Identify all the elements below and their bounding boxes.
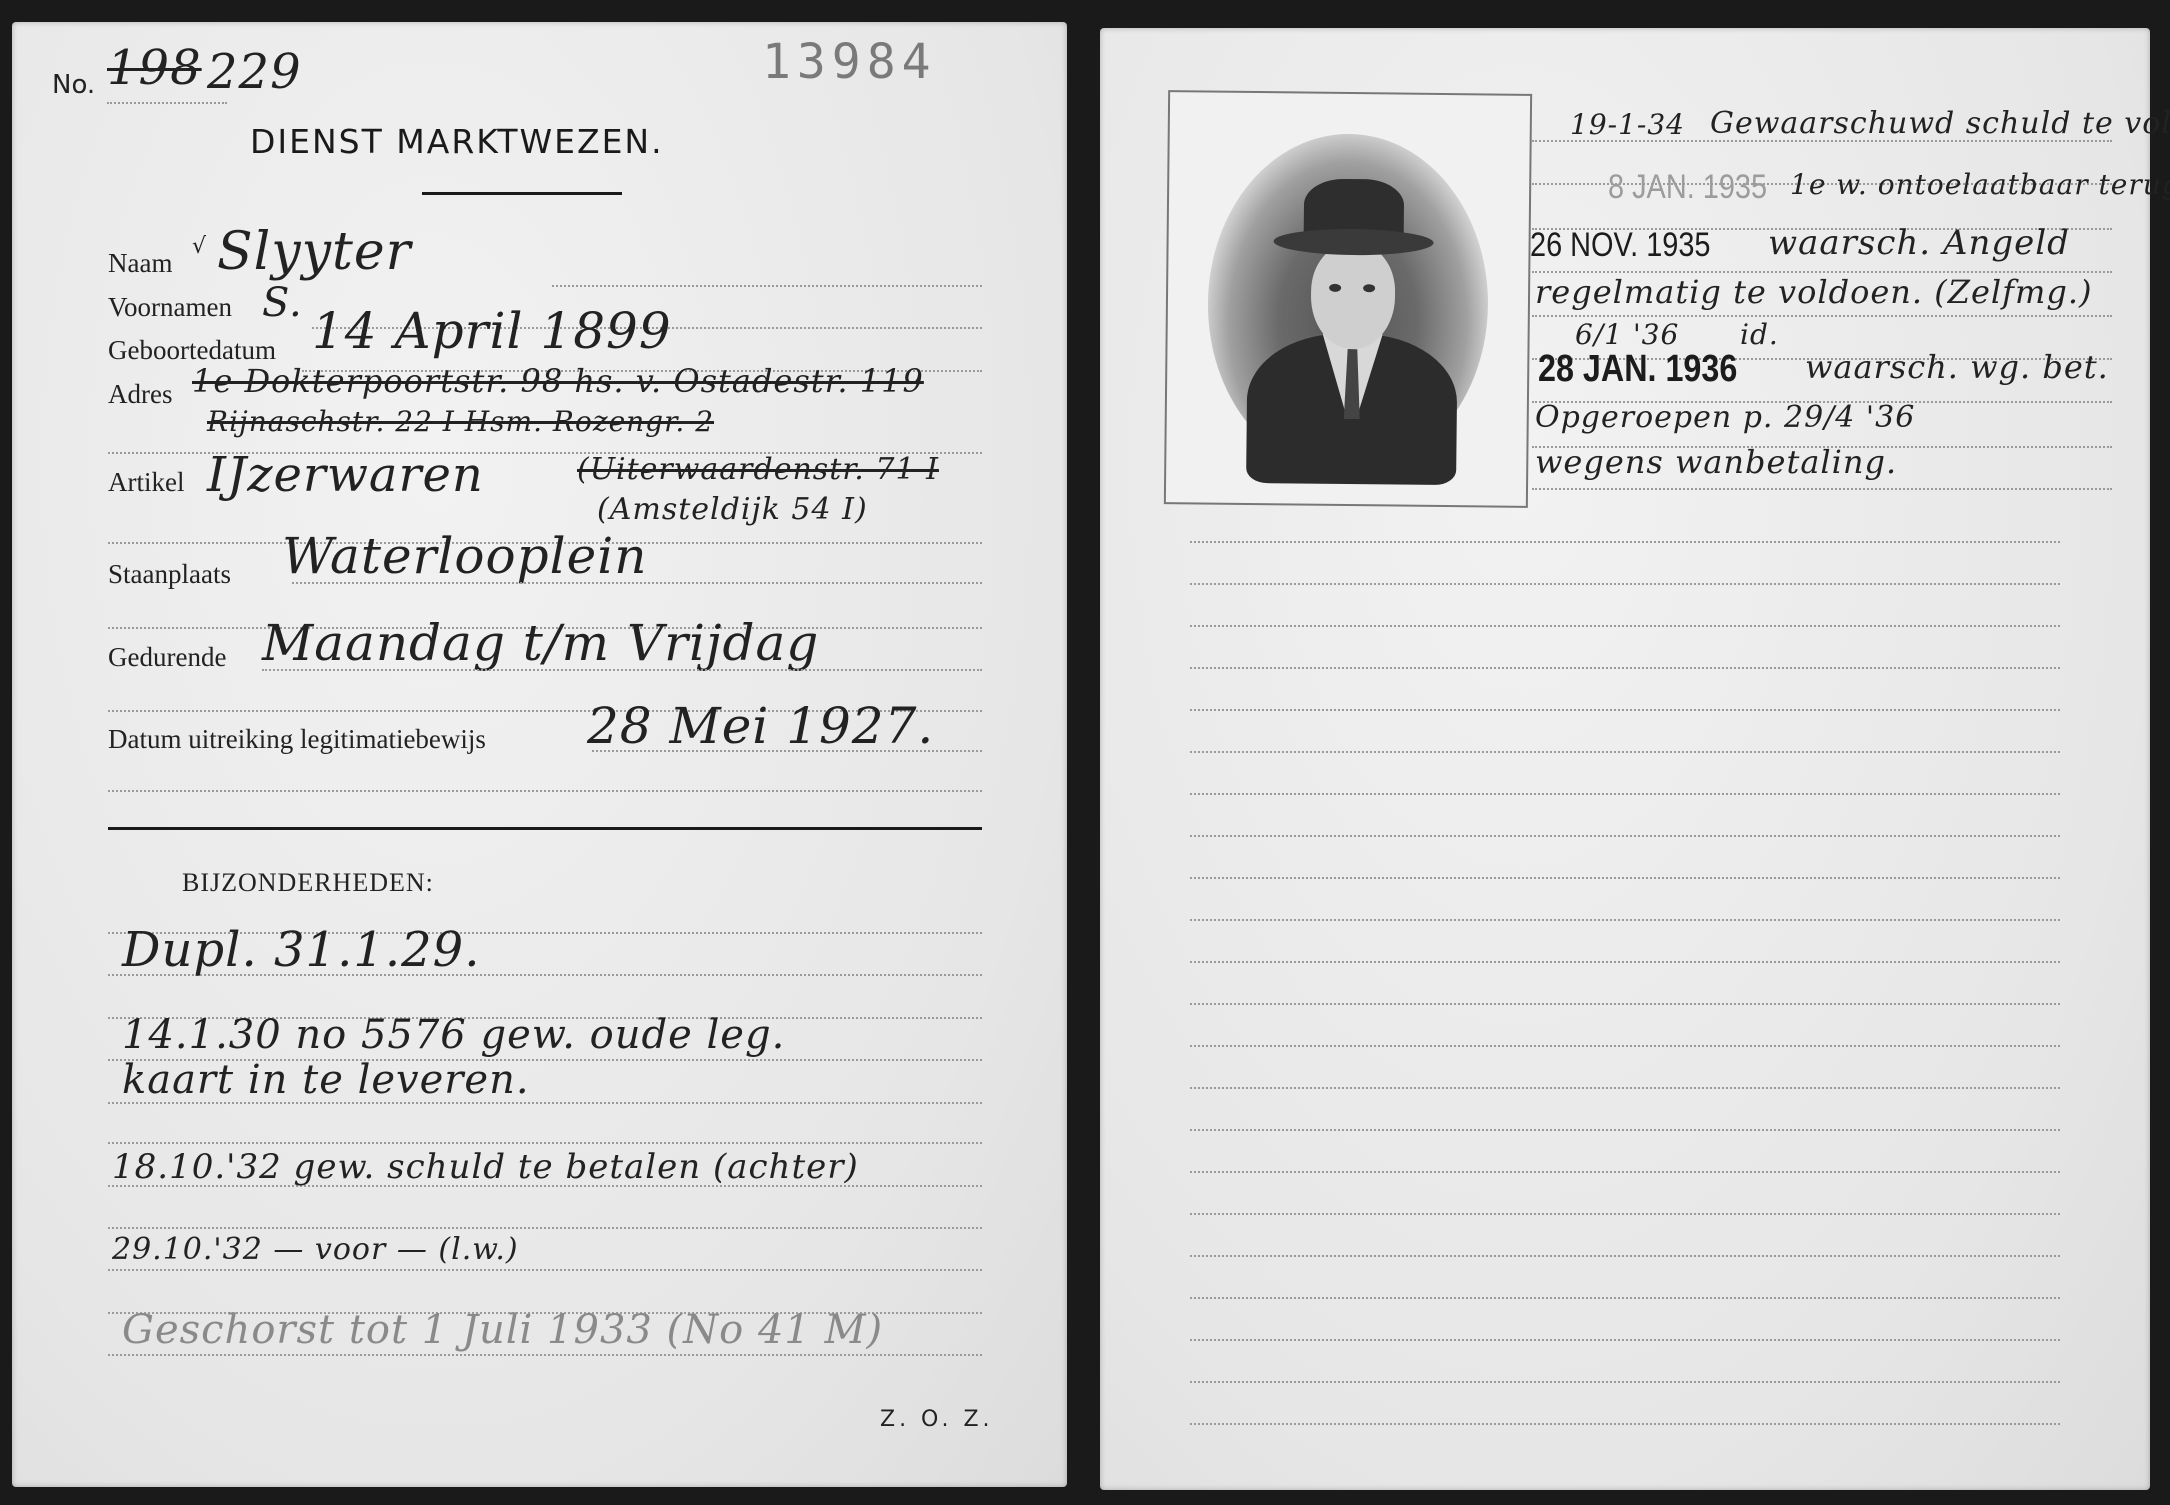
entry-stamp-date: 8 JAN. 1935 xyxy=(1608,168,1767,207)
field-value-adres-struck-1: 1e Dokterpoortstr. 98 hs. v. Ostadestr. … xyxy=(192,362,924,400)
market-registration-card-front: No. 198 229 13984 DIENST MARKTWEZEN. Naa… xyxy=(12,22,1067,1487)
field-label-gedurende: Gedurende xyxy=(108,642,226,673)
entry-text: wegens wanbetaling. xyxy=(1535,443,1897,481)
zoz-footer: Z. O. Z. xyxy=(880,1407,994,1432)
field-value-artikel: IJzerwaren xyxy=(207,447,484,503)
entry-text: 1e w. ontoelaatbaar terug. xyxy=(1790,168,2170,201)
eye xyxy=(1329,284,1341,292)
section-rule xyxy=(108,827,982,830)
bijzonderheden-heading: BIJZONDERHEDEN: xyxy=(182,868,434,898)
notes-line xyxy=(108,1354,982,1356)
field-value-voornamen: S. xyxy=(262,280,303,326)
entry-text: waarsch. Angeld xyxy=(1768,223,2070,263)
field-value-datum-uitreiking: 28 Mei 1927. xyxy=(587,697,934,755)
number-value-struck: 198 xyxy=(107,40,202,96)
field-label-artikel: Artikel xyxy=(108,467,184,498)
field-line xyxy=(552,285,982,287)
market-registration-card-back: 19-1-34 Gewaarschuwd schuld te voldoen 8… xyxy=(1100,28,2150,1490)
field-line xyxy=(262,669,982,671)
field-line xyxy=(592,750,982,752)
notes-line xyxy=(108,1142,982,1144)
field-line xyxy=(292,582,982,584)
note-entry: Dupl. 31.1.29. xyxy=(122,922,480,978)
number-label: No. xyxy=(52,70,95,100)
entry-line xyxy=(1532,488,2112,490)
field-line xyxy=(108,790,982,792)
entry-text: Opgeroepen p. 29/4 '36 xyxy=(1535,400,1915,435)
note-entry: 29.10.'32 — voor — (l.w.) xyxy=(112,1232,519,1267)
notes-line xyxy=(108,1227,982,1229)
entry-text: waarsch. wg. bet. xyxy=(1805,348,2109,386)
portrait-photo xyxy=(1164,90,1532,508)
entry-stamp-date: 26 NOV. 1935 xyxy=(1530,226,1711,265)
field-label-adres: Adres xyxy=(108,379,172,410)
entry-text: id. xyxy=(1740,318,1779,351)
field-label-voornamen: Voornamen xyxy=(108,292,232,323)
eye xyxy=(1363,284,1375,292)
field-value-geboortedatum: 14 April 1899 xyxy=(312,302,672,360)
note-entry-suspension: Geschorst tot 1 Juli 1933 (No 41 M) xyxy=(122,1307,883,1353)
notes-line xyxy=(108,1269,982,1271)
hat-brim xyxy=(1273,228,1433,256)
field-label-staanplaats: Staanplaats xyxy=(108,559,231,590)
number-value: 229 xyxy=(207,44,302,100)
number-underline xyxy=(107,102,227,104)
entry-text: regelmatig te voldoen. (Zelfmg.) xyxy=(1535,273,2092,311)
entry-line xyxy=(1532,315,2112,317)
entry-date: 6/1 '36 xyxy=(1575,318,1679,351)
field-note-artikel-struck: (Uiterwaardenstr. 71 I xyxy=(577,452,939,487)
field-value-staanplaats: Waterlooplein xyxy=(282,527,647,585)
note-entry: 18.10.'32 gew. schuld te betalen (achter… xyxy=(112,1147,859,1187)
note-entry: 14.1.30 no 5576 gew. oude leg. xyxy=(122,1012,785,1058)
face xyxy=(1310,244,1395,350)
entry-date: 19-1-34 xyxy=(1570,108,1685,141)
photo-vignette xyxy=(1206,133,1490,476)
entry-stamp-date: 28 JAN. 1936 xyxy=(1538,348,1737,391)
note-entry: kaart in te leveren. xyxy=(122,1057,530,1103)
entry-text: Gewaarschuwd schuld te voldoen xyxy=(1710,106,2170,141)
field-label-datum-uitreiking: Datum uitreiking legitimatiebewijs xyxy=(108,724,486,755)
check-mark-icon: √ xyxy=(192,234,207,259)
field-note-artikel: (Amsteldijk 54 I) xyxy=(597,492,868,527)
field-value-gedurende: Maandag t/m Vrijdag xyxy=(262,614,819,672)
card-title: DIENST MARKTWEZEN. xyxy=(250,122,664,161)
field-value-naam: Slyyter xyxy=(217,222,412,282)
archive-number: 13984 xyxy=(762,34,937,90)
field-value-adres-struck-2: Rijnaschstr. 22 I Hsm. Rozengr. 2 xyxy=(207,405,714,438)
title-rule xyxy=(422,192,622,195)
field-label-naam: Naam xyxy=(108,248,172,279)
